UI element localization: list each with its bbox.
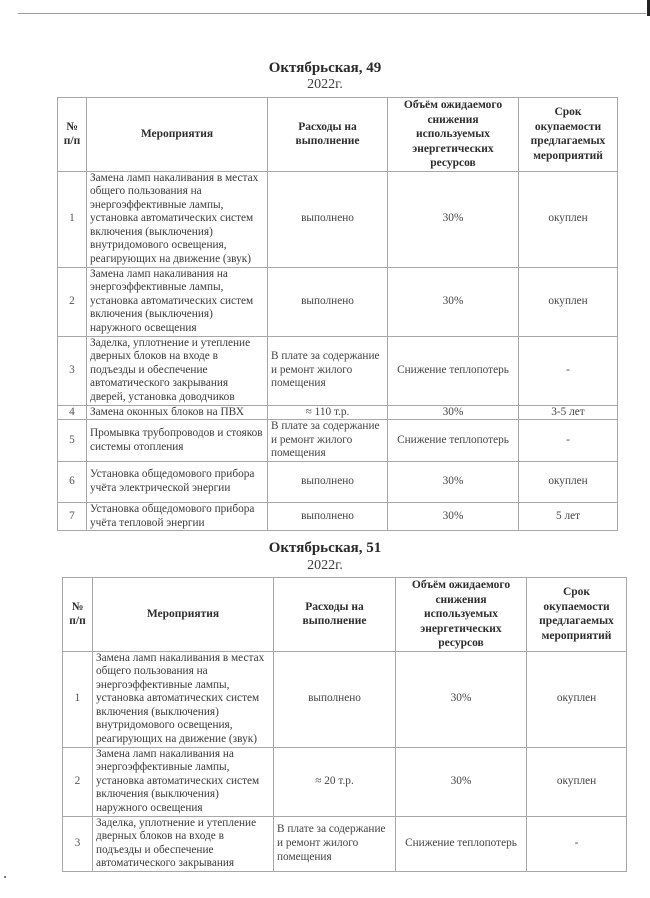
row-volume: 30%: [388, 405, 519, 420]
header-num: № п/п: [63, 578, 93, 652]
row-cost: ≈ 20 т.р.: [274, 747, 396, 816]
row-task: Замена оконных блоков на ПВХ: [87, 405, 268, 420]
section-title-1: Октябрьская, 49: [0, 60, 650, 77]
table-row: 4 Замена оконных блоков на ПВХ ≈ 110 т.р…: [58, 405, 618, 420]
header-cost: Расходы на выполнение: [268, 98, 388, 172]
row-task: Замена ламп накаливания на энергоэффекти…: [93, 747, 274, 816]
row-num: 3: [63, 816, 93, 871]
table-row: 3 Заделка, уплотнение и утепление дверны…: [63, 816, 627, 871]
row-volume: 30%: [388, 503, 519, 531]
row-num: 3: [58, 336, 87, 405]
table-row: 6 Установка общедомового прибора учёта э…: [58, 462, 618, 503]
row-task: Замена ламп накаливания в местах общего …: [93, 651, 274, 747]
row-task: Промывка трубопроводов и стояков системы…: [87, 420, 268, 462]
scan-speck: [4, 876, 6, 878]
row-payback: окуплен: [519, 171, 618, 267]
row-payback: окуплен: [519, 267, 618, 336]
table-row: 1 Замена ламп накаливания в местах общег…: [58, 171, 618, 267]
row-task: Заделка, уплотнение и утепление дверных …: [93, 816, 274, 871]
row-cost: выполнено: [268, 503, 388, 531]
header-volume: Объём ожидаемого снижения используемых э…: [388, 98, 519, 172]
header-task: Мероприятия: [87, 98, 268, 172]
row-task: Замена ламп накаливания на энергоэффекти…: [87, 267, 268, 336]
row-num: 7: [58, 503, 87, 531]
row-payback: -: [527, 816, 627, 871]
table-header-row: № п/п Мероприятия Расходы на выполнение …: [63, 578, 627, 652]
row-num: 4: [58, 405, 87, 420]
table-row: 7 Установка общедомового прибора учёта т…: [58, 503, 618, 531]
row-volume: 30%: [396, 651, 527, 747]
header-task: Мероприятия: [93, 578, 274, 652]
row-cost: выполнено: [274, 651, 396, 747]
row-cost: выполнено: [268, 267, 388, 336]
measures-table-1: № п/п Мероприятия Расходы на выполнение …: [57, 97, 618, 531]
table-header-row: № п/п Мероприятия Расходы на выполнение …: [58, 98, 618, 172]
row-cost: В плате за содержание и ремонт жилого по…: [274, 816, 396, 871]
header-volume: Объём ожидаемого снижения используемых э…: [396, 578, 527, 652]
row-task: Установка общедомового прибора учёта теп…: [87, 503, 268, 531]
section-year-1: 2022г.: [0, 77, 650, 93]
row-num: 1: [58, 171, 87, 267]
header-payback: Срок окупаемости предлагаемых мероприяти…: [527, 578, 627, 652]
row-payback: окуплен: [527, 747, 627, 816]
row-payback: 3-5 лет: [519, 405, 618, 420]
row-payback: 5 лет: [519, 503, 618, 531]
row-volume: Снижение теплопотерь: [388, 336, 519, 405]
row-payback: -: [519, 420, 618, 462]
table-row: 2 Замена ламп накаливания на энергоэффек…: [58, 267, 618, 336]
row-cost: ≈ 110 т.р.: [268, 405, 388, 420]
scan-edge-line: [18, 13, 646, 14]
row-num: 2: [63, 747, 93, 816]
section-year-2: 2022г.: [0, 558, 650, 574]
table-row: 5 Промывка трубопроводов и стояков систе…: [58, 420, 618, 462]
row-volume: Снижение теплопотерь: [388, 420, 519, 462]
row-volume: Снижение теплопотерь: [396, 816, 527, 871]
row-cost: выполнено: [268, 171, 388, 267]
row-volume: 30%: [388, 267, 519, 336]
table-row: 3 Заделка, уплотнение и утепление дверны…: [58, 336, 618, 405]
header-num: № п/п: [58, 98, 87, 172]
row-num: 5: [58, 420, 87, 462]
table-row: 2 Замена ламп накаливания на энергоэффек…: [63, 747, 627, 816]
row-volume: 30%: [396, 747, 527, 816]
row-volume: 30%: [388, 462, 519, 503]
header-cost: Расходы на выполнение: [274, 578, 396, 652]
section-title-2: Октябрьская, 51: [0, 540, 650, 557]
row-num: 1: [63, 651, 93, 747]
row-cost: В плате за содержание и ремонт жилого по…: [268, 420, 388, 462]
row-cost: выполнено: [268, 462, 388, 503]
row-num: 2: [58, 267, 87, 336]
row-task: Заделка, уплотнение и утепление дверных …: [87, 336, 268, 405]
header-payback: Срок окупаемости предлагаемых мероприяти…: [519, 98, 618, 172]
measures-table-2: № п/п Мероприятия Расходы на выполнение …: [62, 577, 627, 872]
table-row: 1 Замена ламп накаливания в местах общег…: [63, 651, 627, 747]
row-payback: -: [519, 336, 618, 405]
row-cost: В плате за содержание и ремонт жилого по…: [268, 336, 388, 405]
row-task: Замена ламп накаливания в местах общего …: [87, 171, 268, 267]
row-payback: окуплен: [519, 462, 618, 503]
row-task: Установка общедомового прибора учёта эле…: [87, 462, 268, 503]
row-payback: окуплен: [527, 651, 627, 747]
row-num: 6: [58, 462, 87, 503]
row-volume: 30%: [388, 171, 519, 267]
